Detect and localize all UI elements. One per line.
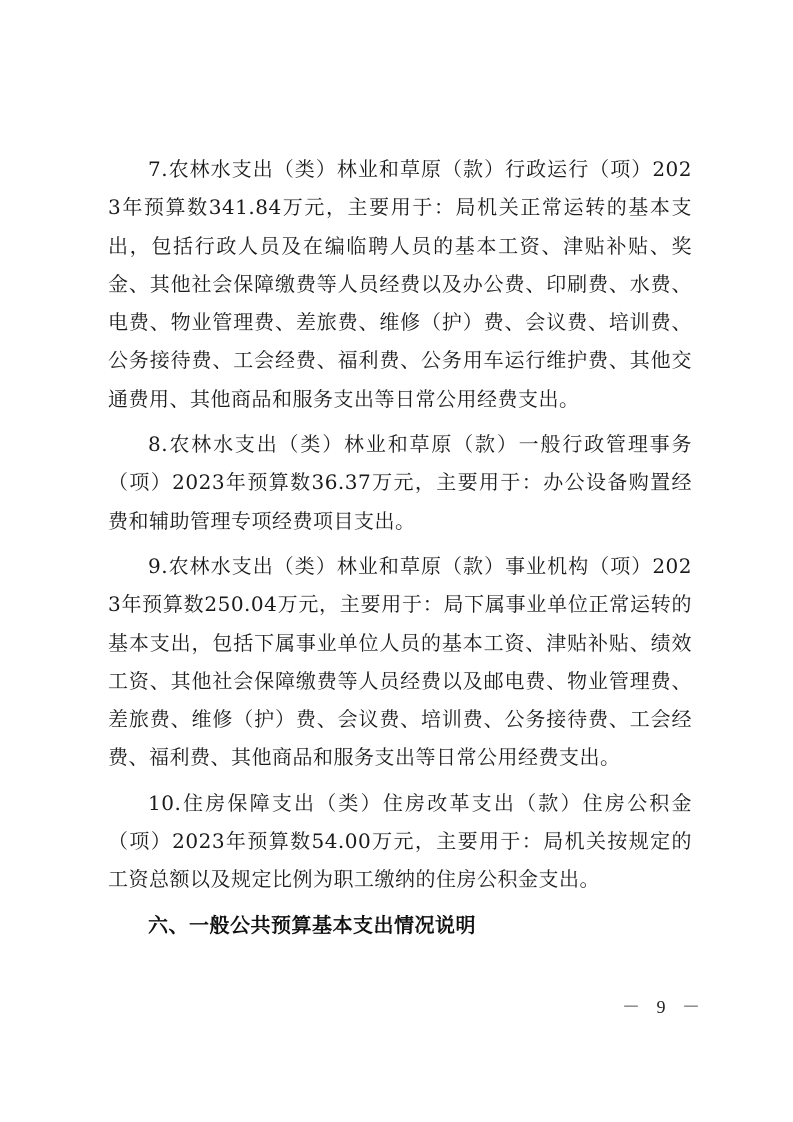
section-heading: 六、一般公共预算基本支出情况说明	[108, 906, 692, 944]
paragraph-item-9: 9.农林水支出（类）林业和草原（款）事业机构（项）2023年预算数250.04万…	[108, 547, 692, 777]
paragraph-item-8: 8.农林水支出（类）林业和草原（款）一般行政管理事务（项）2023年预算数36.…	[108, 425, 692, 540]
page-number: － 9 －	[622, 993, 706, 1019]
paragraph-item-7: 7.农林水支出（类）林业和草原（款）行政运行（项）2023年预算数341.84万…	[108, 150, 692, 418]
paragraph-item-10: 10.住房保障支出（类）住房改革支出（款）住房公积金（项）2023年预算数54.…	[108, 784, 692, 899]
document-page: 7.农林水支出（类）林业和草原（款）行政运行（项）2023年预算数341.84万…	[108, 150, 692, 944]
